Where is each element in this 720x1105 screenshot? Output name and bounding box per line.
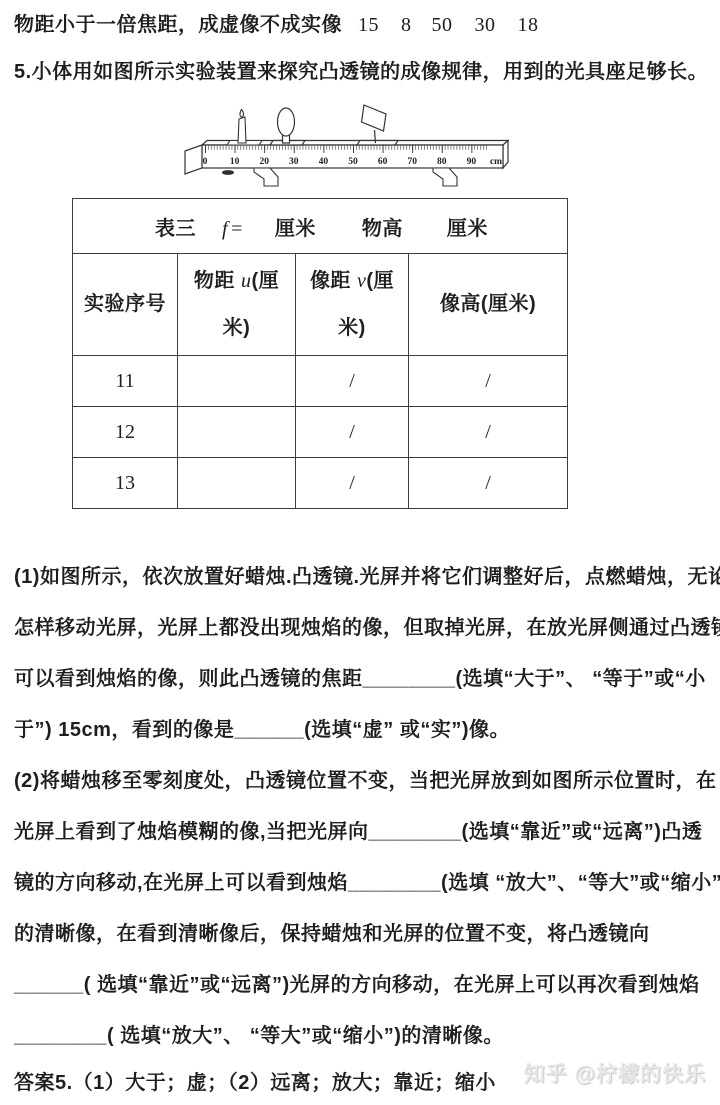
table-row: 13 / / bbox=[73, 458, 568, 509]
ruler-major-ticks bbox=[203, 146, 487, 155]
question-line: ______( 选填“靠近”或“远离”)光屏的方向移动，在光屏上可以再次看到烛焰 bbox=[14, 960, 712, 1011]
ruler-unit-label: cm bbox=[490, 157, 502, 167]
image-height-cell: / bbox=[409, 458, 568, 509]
image-distance-label: 像距 bbox=[310, 270, 357, 292]
optical-bench-diagram: 0 10 20 30 40 50 60 70 80 90 cm bbox=[183, 102, 517, 194]
question-line: 光屏上看到了烛焰模糊的像,当把光屏向________(选填“靠近”或“远离”)凸… bbox=[14, 807, 712, 858]
trial-number: 11 bbox=[73, 356, 178, 407]
table-row: 11 / / bbox=[73, 356, 568, 407]
focal-unit-label: 厘米 bbox=[275, 218, 316, 240]
table-caption-row: 表三f=厘米物高厘米 bbox=[73, 199, 568, 254]
image-height-cell: / bbox=[409, 407, 568, 458]
question-line: 怎样移动光屏，光屏上都没出现烛焰的像，但取掉光屏，在放光屏侧通过凸透镜 bbox=[14, 603, 712, 654]
answer-value: 50 bbox=[432, 14, 453, 36]
ruler-label: 90 bbox=[467, 157, 477, 167]
table-header-row: 实验序号 物距 u(厘米) 像距 v(厘米) 像高(厘米) bbox=[73, 254, 568, 356]
image-height-cell: / bbox=[409, 356, 568, 407]
ruler-label: 30 bbox=[289, 157, 299, 167]
answer-line: 答案5.（1）大于；虚；（2）远离；放大；靠近；缩小 bbox=[14, 1066, 496, 1095]
ruler-label: 80 bbox=[437, 157, 447, 167]
object-distance-cell bbox=[178, 407, 296, 458]
question-line: (1)如图所示，依次放置好蜡烛.凸透镜.光屏并将它们调整好后，点燃蜡烛，无论 bbox=[14, 552, 712, 603]
convex-lens-icon bbox=[270, 108, 305, 145]
question-line: 镜的方向移动,在光屏上可以看到烛焰________(选填 “放大”、“等大”或“… bbox=[14, 858, 712, 909]
light-screen-icon bbox=[357, 105, 398, 145]
question-line: ________( 选填“放大”、 “等大”或“缩小”)的清晰像。 bbox=[14, 1011, 712, 1062]
question-body: (1)如图所示，依次放置好蜡烛.凸透镜.光屏并将它们调整好后，点燃蜡烛，无论 怎… bbox=[14, 552, 712, 1062]
answer-value: 30 bbox=[475, 14, 496, 36]
ruler-label: 0 bbox=[203, 157, 208, 167]
question-line: 于”) 15cm，看到的像是______(选填“虚” 或“实”)像。 bbox=[14, 705, 712, 756]
column-header-image-distance: 像距 v(厘米) bbox=[296, 254, 409, 356]
watermark: 知乎 @柠檬的快乐 bbox=[524, 1058, 706, 1088]
candle-icon bbox=[227, 110, 262, 146]
column-header-object-distance: 物距 u(厘米) bbox=[178, 254, 296, 356]
image-distance-cell: / bbox=[296, 458, 409, 509]
question-line: 可以看到烛焰的像，则此凸透镜的焦距________(选填“大于”、 “等于”或“… bbox=[14, 654, 712, 705]
image-distance-cell: / bbox=[296, 407, 409, 458]
object-distance-cell bbox=[178, 356, 296, 407]
trial-number: 12 bbox=[73, 407, 178, 458]
question-line: 的清晰像，在看到清晰像后，保持蜡烛和光屏的位置不变，将凸透镜向 bbox=[14, 909, 712, 960]
ruler-label: 60 bbox=[378, 157, 388, 167]
ruler-label: 40 bbox=[319, 157, 329, 167]
trial-number: 13 bbox=[73, 458, 178, 509]
ruler-label: 50 bbox=[348, 157, 358, 167]
object-distance-label: 物距 bbox=[194, 270, 241, 292]
object-distance-variable: u bbox=[241, 270, 252, 292]
answer-value: 8 bbox=[401, 14, 412, 36]
previous-answer-text: 物距小于一倍焦距，成虚像不成实像 bbox=[14, 14, 342, 36]
answer-value: 15 bbox=[358, 14, 379, 36]
column-header-image-height: 像高(厘米) bbox=[409, 254, 568, 356]
ruler-label: 10 bbox=[230, 157, 240, 167]
image-distance-variable: v bbox=[357, 270, 366, 292]
table-row: 12 / / bbox=[73, 407, 568, 458]
focal-length-variable: f bbox=[222, 218, 228, 240]
question-line: (2)将蜡烛移至零刻度处，凸透镜位置不变，当把光屏放到如图所示位置时，在 bbox=[14, 756, 712, 807]
table-title: 表三 bbox=[155, 218, 196, 240]
column-header-trial: 实验序号 bbox=[73, 254, 178, 356]
answer-text: 5.（1）大于；虚；（2）远离；放大；靠近；缩小 bbox=[55, 1072, 496, 1094]
apparatus-figure: 0 10 20 30 40 50 60 70 80 90 cm bbox=[183, 102, 517, 194]
answer-prefix: 答案 bbox=[14, 1072, 55, 1094]
experiment-table: 表三f=厘米物高厘米 实验序号 物距 u(厘米) 像距 v(厘米) 像高(厘米)… bbox=[72, 198, 568, 509]
previous-answer-line: 物距小于一倍焦距，成虚像不成实像158503018 bbox=[14, 8, 714, 37]
ruler-label: 70 bbox=[407, 157, 417, 167]
table-caption: 表三f=厘米物高厘米 bbox=[73, 199, 568, 254]
object-distance-cell bbox=[178, 458, 296, 509]
image-distance-cell: / bbox=[296, 356, 409, 407]
question-intro: 5.小体用如图所示实验装置来探究凸透镜的成像规律，用到的光具座足够长。 bbox=[14, 55, 714, 84]
bench-feet bbox=[222, 168, 457, 186]
answer-value: 18 bbox=[518, 14, 539, 36]
object-height-unit-label: 厘米 bbox=[447, 218, 488, 240]
ruler-label: 20 bbox=[259, 157, 269, 167]
equals-sign: = bbox=[231, 218, 243, 240]
object-height-label: 物高 bbox=[362, 218, 403, 240]
